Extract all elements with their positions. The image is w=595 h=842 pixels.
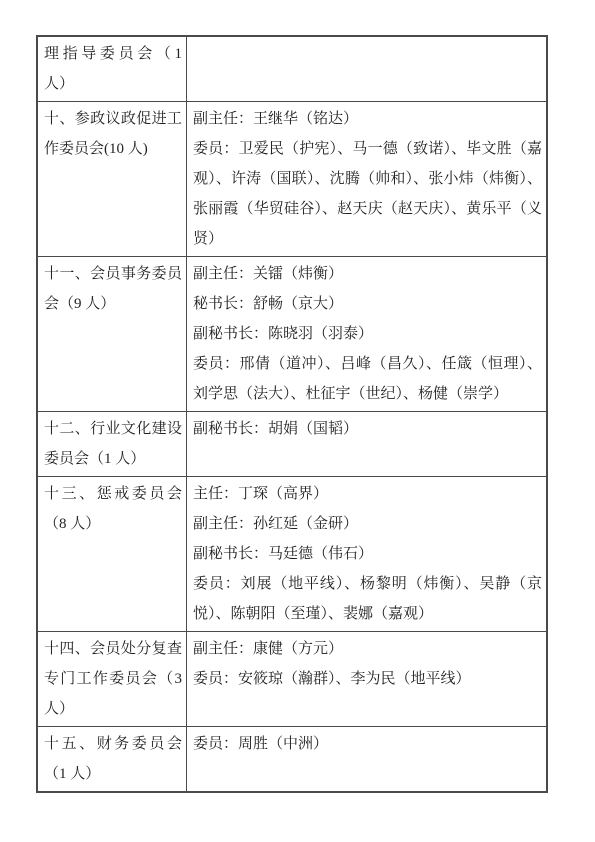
table-row: 十一、会员事务委员会（9 人） 副主任：关镭（炜衡）秘书长：舒畅（京大）副秘书长… <box>37 257 547 412</box>
committee-table: 理指导委员会（1 人） 十、参政议政促进工作委员会(10 人) 副主任：王继华（… <box>36 35 548 793</box>
committee-members-cell: 副主任：王继华（铭达）委员：卫爱民（护宪）、马一德（致诺）、毕文胜（嘉观）、许涛… <box>187 102 548 257</box>
member-line: 主任：丁琛（高界） <box>193 479 542 509</box>
committee-name-cell: 十四、会员处分复查专门工作委员会（3 人） <box>37 632 187 727</box>
member-line: 委员：邢倩（道冲）、吕峰（昌久）、任箴（恒理）、刘学思（法大）、杜征宇（世纪）、… <box>193 349 542 409</box>
table-row: 理指导委员会（1 人） <box>37 36 547 102</box>
committee-members-cell: 委员：周胜（中洲） <box>187 727 548 793</box>
member-line: 秘书长：舒畅（京大） <box>193 289 542 319</box>
member-line: 副主任：关镭（炜衡） <box>193 259 542 289</box>
committee-table-body: 理指导委员会（1 人） 十、参政议政促进工作委员会(10 人) 副主任：王继华（… <box>37 36 547 792</box>
committee-name-cell: 十一、会员事务委员会（9 人） <box>37 257 187 412</box>
committee-name-cell: 十、参政议政促进工作委员会(10 人) <box>37 102 187 257</box>
committee-name-cell: 十三、惩戒委员会（8 人） <box>37 477 187 632</box>
member-line: 委员：刘展（地平线）、杨黎明（炜衡）、吴静（京悦）、陈朝阳（至瑾）、裴娜（嘉观） <box>193 569 542 629</box>
member-line: 副秘书长：陈晓羽（羽泰） <box>193 319 542 349</box>
document-page: 理指导委员会（1 人） 十、参政议政促进工作委员会(10 人) 副主任：王继华（… <box>0 0 595 842</box>
committee-name-cell: 十五、财务委员会（1 人） <box>37 727 187 793</box>
committee-members-cell: 副主任：关镭（炜衡）秘书长：舒畅（京大）副秘书长：陈晓羽（羽泰）委员：邢倩（道冲… <box>187 257 548 412</box>
member-line: 副秘书长：马廷德（伟石） <box>193 539 542 569</box>
committee-members-cell: 副主任：康健（方元）委员：安筱琼（瀚群）、李为民（地平线） <box>187 632 548 727</box>
committee-name-cell: 理指导委员会（1 人） <box>37 36 187 102</box>
member-line: 副主任：王继华（铭达） <box>193 104 542 134</box>
member-line: 委员：周胜（中洲） <box>193 729 542 759</box>
committee-members-cell: 主任：丁琛（高界）副主任：孙红延（金研）副秘书长：马廷德（伟石）委员：刘展（地平… <box>187 477 548 632</box>
table-row: 十、参政议政促进工作委员会(10 人) 副主任：王继华（铭达）委员：卫爱民（护宪… <box>37 102 547 257</box>
member-line: 委员：卫爱民（护宪）、马一德（致诺）、毕文胜（嘉观）、许涛（国联）、沈腾（帅和）… <box>193 134 542 254</box>
member-line: 副主任：孙红延（金研） <box>193 509 542 539</box>
member-line: 副秘书长：胡娟（国韬） <box>193 414 542 444</box>
committee-members-cell <box>187 36 548 102</box>
member-line: 委员：安筱琼（瀚群）、李为民（地平线） <box>193 664 542 694</box>
committee-members-cell: 副秘书长：胡娟（国韬） <box>187 412 548 477</box>
table-row: 十四、会员处分复查专门工作委员会（3 人） 副主任：康健（方元）委员：安筱琼（瀚… <box>37 632 547 727</box>
table-row: 十五、财务委员会（1 人） 委员：周胜（中洲） <box>37 727 547 793</box>
committee-name-cell: 十二、行业文化建设委员会（1 人） <box>37 412 187 477</box>
table-row: 十二、行业文化建设委员会（1 人） 副秘书长：胡娟（国韬） <box>37 412 547 477</box>
table-row: 十三、惩戒委员会（8 人） 主任：丁琛（高界）副主任：孙红延（金研）副秘书长：马… <box>37 477 547 632</box>
member-line: 副主任：康健（方元） <box>193 634 542 664</box>
